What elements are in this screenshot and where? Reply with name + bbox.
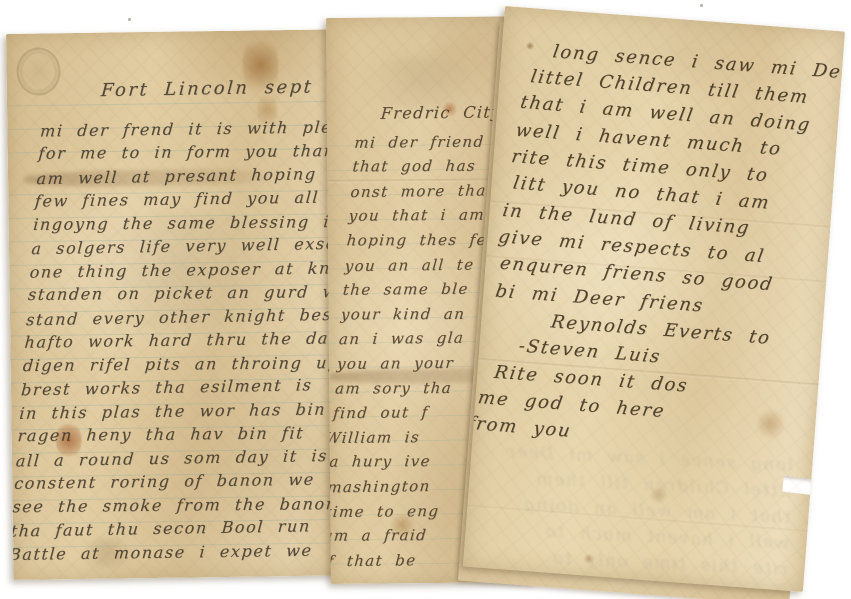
letters-scan: Fort Lincoln sept th 22 mi der frend it … (0, 0, 851, 599)
dust-speck (700, 4, 703, 7)
letter-page-left: Fort Lincoln sept th 22 mi der frend it … (6, 29, 353, 580)
paper-notch (782, 476, 816, 495)
letter-line: hafto work hard thru the da (24, 326, 347, 354)
letter-line: few fines may find you all (34, 185, 353, 213)
ink-showthrough: long sence i saw mi Deer littel Children… (483, 438, 794, 583)
dust-speck (128, 18, 131, 21)
letter-line: for me to in form you than (38, 139, 353, 166)
letter-line: constent roring of banon we (13, 467, 336, 495)
letter-page-right: long sence i saw mi Deer littel Children… (463, 6, 845, 592)
letter-line: Battle at monase i expet we (8, 538, 331, 566)
letter-heading: Fort Lincoln sept th 22 (100, 75, 352, 103)
